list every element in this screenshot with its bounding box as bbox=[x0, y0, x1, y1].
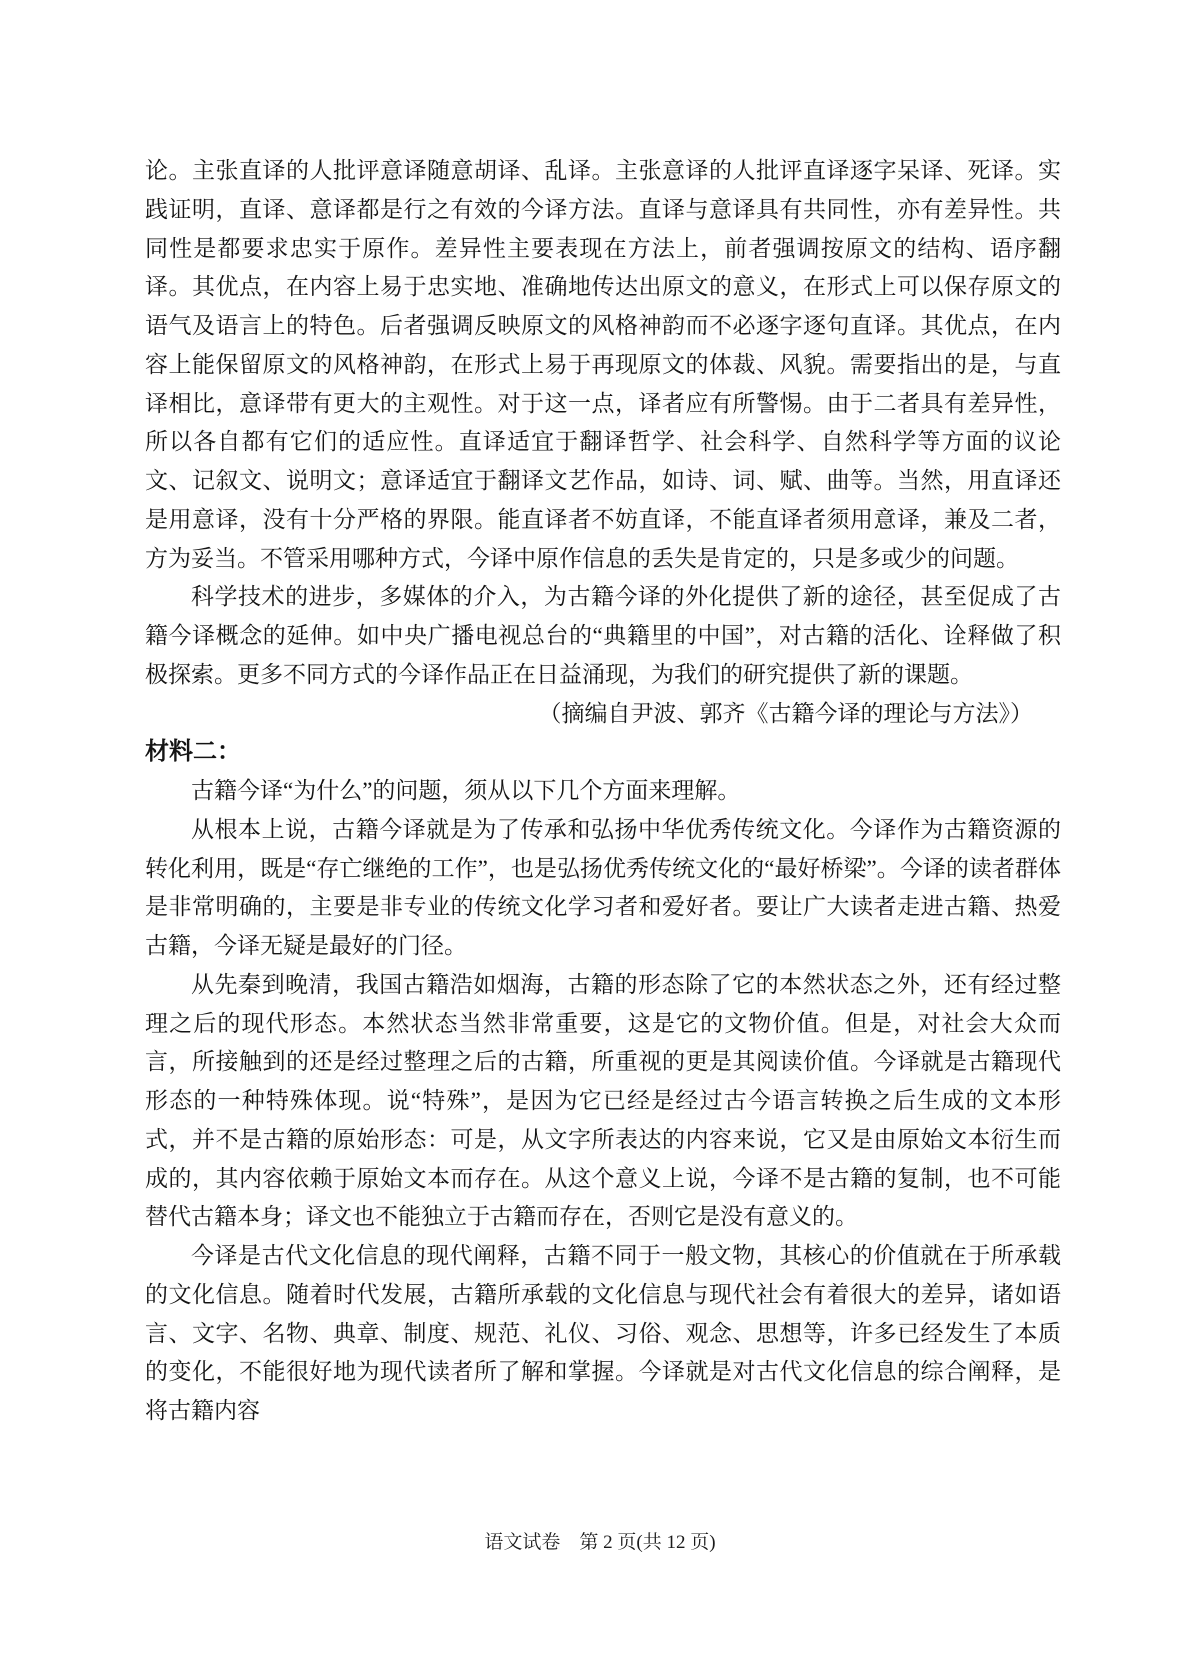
exam-paper-page: 论。主张直译的人批评意译随意胡译、乱译。主张意译的人批评直译逐字呆译、死译。实践… bbox=[0, 0, 1200, 1661]
material-two-paragraph: 从先秦到晚清，我国古籍浩如烟海，古籍的形态除了它的本然状态之外，还有经过整理之后… bbox=[145, 966, 1061, 1237]
footer-page-number: 第 2 页(共 12 页) bbox=[579, 1532, 715, 1553]
material-one-paragraph: 科学技术的进步，多媒体的介入，为古籍今译的外化提供了新的途径，甚至促成了古籍今译… bbox=[145, 578, 1061, 694]
material-two-paragraph: 今译是古代文化信息的现代阐释，古籍不同于一般文物，其核心的价值就在于所承载的文化… bbox=[145, 1237, 1061, 1431]
page-content: 论。主张直译的人批评意译随意胡译、乱译。主张意译的人批评直译逐字呆译、死译。实践… bbox=[145, 152, 1061, 1431]
material-two-paragraph: 从根本上说，古籍今译就是为了传承和弘扬中华优秀传统文化。今译作为古籍资源的转化利… bbox=[145, 811, 1061, 966]
material-two-heading: 材料二： bbox=[145, 733, 1061, 772]
material-two-paragraph: 古籍今译“为什么”的问题，须从以下几个方面来理解。 bbox=[145, 772, 1061, 811]
material-one-paragraph-continuation: 论。主张直译的人批评意译随意胡译、乱译。主张意译的人批评直译逐字呆译、死译。实践… bbox=[145, 152, 1061, 578]
footer-doc-title: 语文试卷 bbox=[484, 1532, 560, 1553]
page-footer: 语文试卷第 2 页(共 12 页) bbox=[0, 1528, 1200, 1558]
material-one-attribution: （摘编自尹波、郭齐《古籍今译的理论与方法》） bbox=[145, 695, 1061, 734]
